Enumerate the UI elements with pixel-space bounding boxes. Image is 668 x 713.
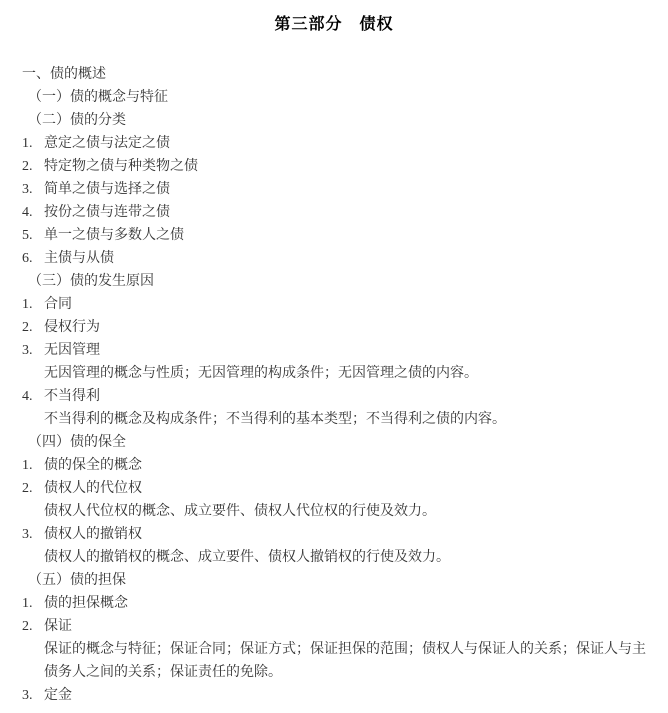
outline-item: 2.债权人的代位权 bbox=[0, 477, 668, 500]
item-text: 债的保全的概念 bbox=[44, 458, 142, 473]
item-text: 主债与从债 bbox=[44, 251, 114, 266]
item-text: 无因管理 bbox=[44, 343, 100, 358]
sub-heading: （二）债的分类 bbox=[0, 109, 668, 132]
item-text: 意定之债与法定之债 bbox=[44, 136, 170, 151]
outline-item: 1.合同 bbox=[0, 293, 668, 316]
sub-heading: （一）债的概念与特征 bbox=[0, 86, 668, 109]
item-number: 2. bbox=[22, 615, 44, 638]
sub-heading: （三）债的发生原因 bbox=[0, 270, 668, 293]
item-number: 4. bbox=[22, 201, 44, 224]
outline: 一、债的概述（一）债的概念与特征（二）债的分类1.意定之债与法定之债2.特定物之… bbox=[0, 63, 668, 707]
item-number: 1. bbox=[22, 454, 44, 477]
item-number: 1. bbox=[22, 592, 44, 615]
item-description: 保证的概念与特征；保证合同；保证方式；保证担保的范围；债权人与保证人的关系；保证… bbox=[0, 638, 668, 684]
page-title: 第三部分 债权 bbox=[0, 0, 668, 36]
sub-heading: （五）债的担保 bbox=[0, 569, 668, 592]
item-number: 3. bbox=[22, 523, 44, 546]
item-number: 4. bbox=[22, 385, 44, 408]
item-text: 简单之债与选择之债 bbox=[44, 182, 170, 197]
item-number: 1. bbox=[22, 293, 44, 316]
item-text: 单一之债与多数人之债 bbox=[44, 228, 184, 243]
outline-item: 2.侵权行为 bbox=[0, 316, 668, 339]
item-number: 3. bbox=[22, 684, 44, 707]
document-page: 第三部分 债权 一、债的概述（一）债的概念与特征（二）债的分类1.意定之债与法定… bbox=[0, 0, 668, 713]
outline-item: 4.不当得利 bbox=[0, 385, 668, 408]
item-text: 债的担保概念 bbox=[44, 596, 128, 611]
outline-item: 3.债权人的撤销权 bbox=[0, 523, 668, 546]
section-heading: 一、债的概述 bbox=[0, 63, 668, 86]
item-description: 债权人代位权的概念、成立要件、债权人代位权的行使及效力。 bbox=[0, 500, 668, 523]
item-text: 合同 bbox=[44, 297, 72, 312]
outline-item: 1.意定之债与法定之债 bbox=[0, 132, 668, 155]
item-number: 1. bbox=[22, 132, 44, 155]
item-number: 2. bbox=[22, 477, 44, 500]
outline-item: 6.主债与从债 bbox=[0, 247, 668, 270]
item-description: 不当得利的概念及构成条件；不当得利的基本类型；不当得利之债的内容。 bbox=[0, 408, 668, 431]
outline-item: 3.定金 bbox=[0, 684, 668, 707]
outline-item: 3.无因管理 bbox=[0, 339, 668, 362]
outline-item: 2.保证 bbox=[0, 615, 668, 638]
item-text: 债权人的撤销权 bbox=[44, 527, 142, 542]
item-description: 无因管理的概念与性质；无因管理的构成条件；无因管理之债的内容。 bbox=[0, 362, 668, 385]
item-description: 债权人的撤销权的概念、成立要件、债权人撤销权的行使及效力。 bbox=[0, 546, 668, 569]
item-number: 6. bbox=[22, 247, 44, 270]
outline-item: 3.简单之债与选择之债 bbox=[0, 178, 668, 201]
sub-heading: （四）债的保全 bbox=[0, 431, 668, 454]
outline-item: 5.单一之债与多数人之债 bbox=[0, 224, 668, 247]
item-text: 保证 bbox=[44, 619, 72, 634]
item-text: 按份之债与连带之债 bbox=[44, 205, 170, 220]
item-text: 特定物之债与种类物之债 bbox=[44, 159, 198, 174]
item-text: 不当得利 bbox=[44, 389, 100, 404]
item-text: 侵权行为 bbox=[44, 320, 100, 335]
outline-item: 4.按份之债与连带之债 bbox=[0, 201, 668, 224]
item-text: 定金 bbox=[44, 688, 72, 703]
item-number: 5. bbox=[22, 224, 44, 247]
item-number: 2. bbox=[22, 155, 44, 178]
outline-item: 2.特定物之债与种类物之债 bbox=[0, 155, 668, 178]
outline-item: 1.债的保全的概念 bbox=[0, 454, 668, 477]
item-text: 债权人的代位权 bbox=[44, 481, 142, 496]
item-number: 3. bbox=[22, 339, 44, 362]
item-number: 2. bbox=[22, 316, 44, 339]
item-number: 3. bbox=[22, 178, 44, 201]
outline-item: 1.债的担保概念 bbox=[0, 592, 668, 615]
